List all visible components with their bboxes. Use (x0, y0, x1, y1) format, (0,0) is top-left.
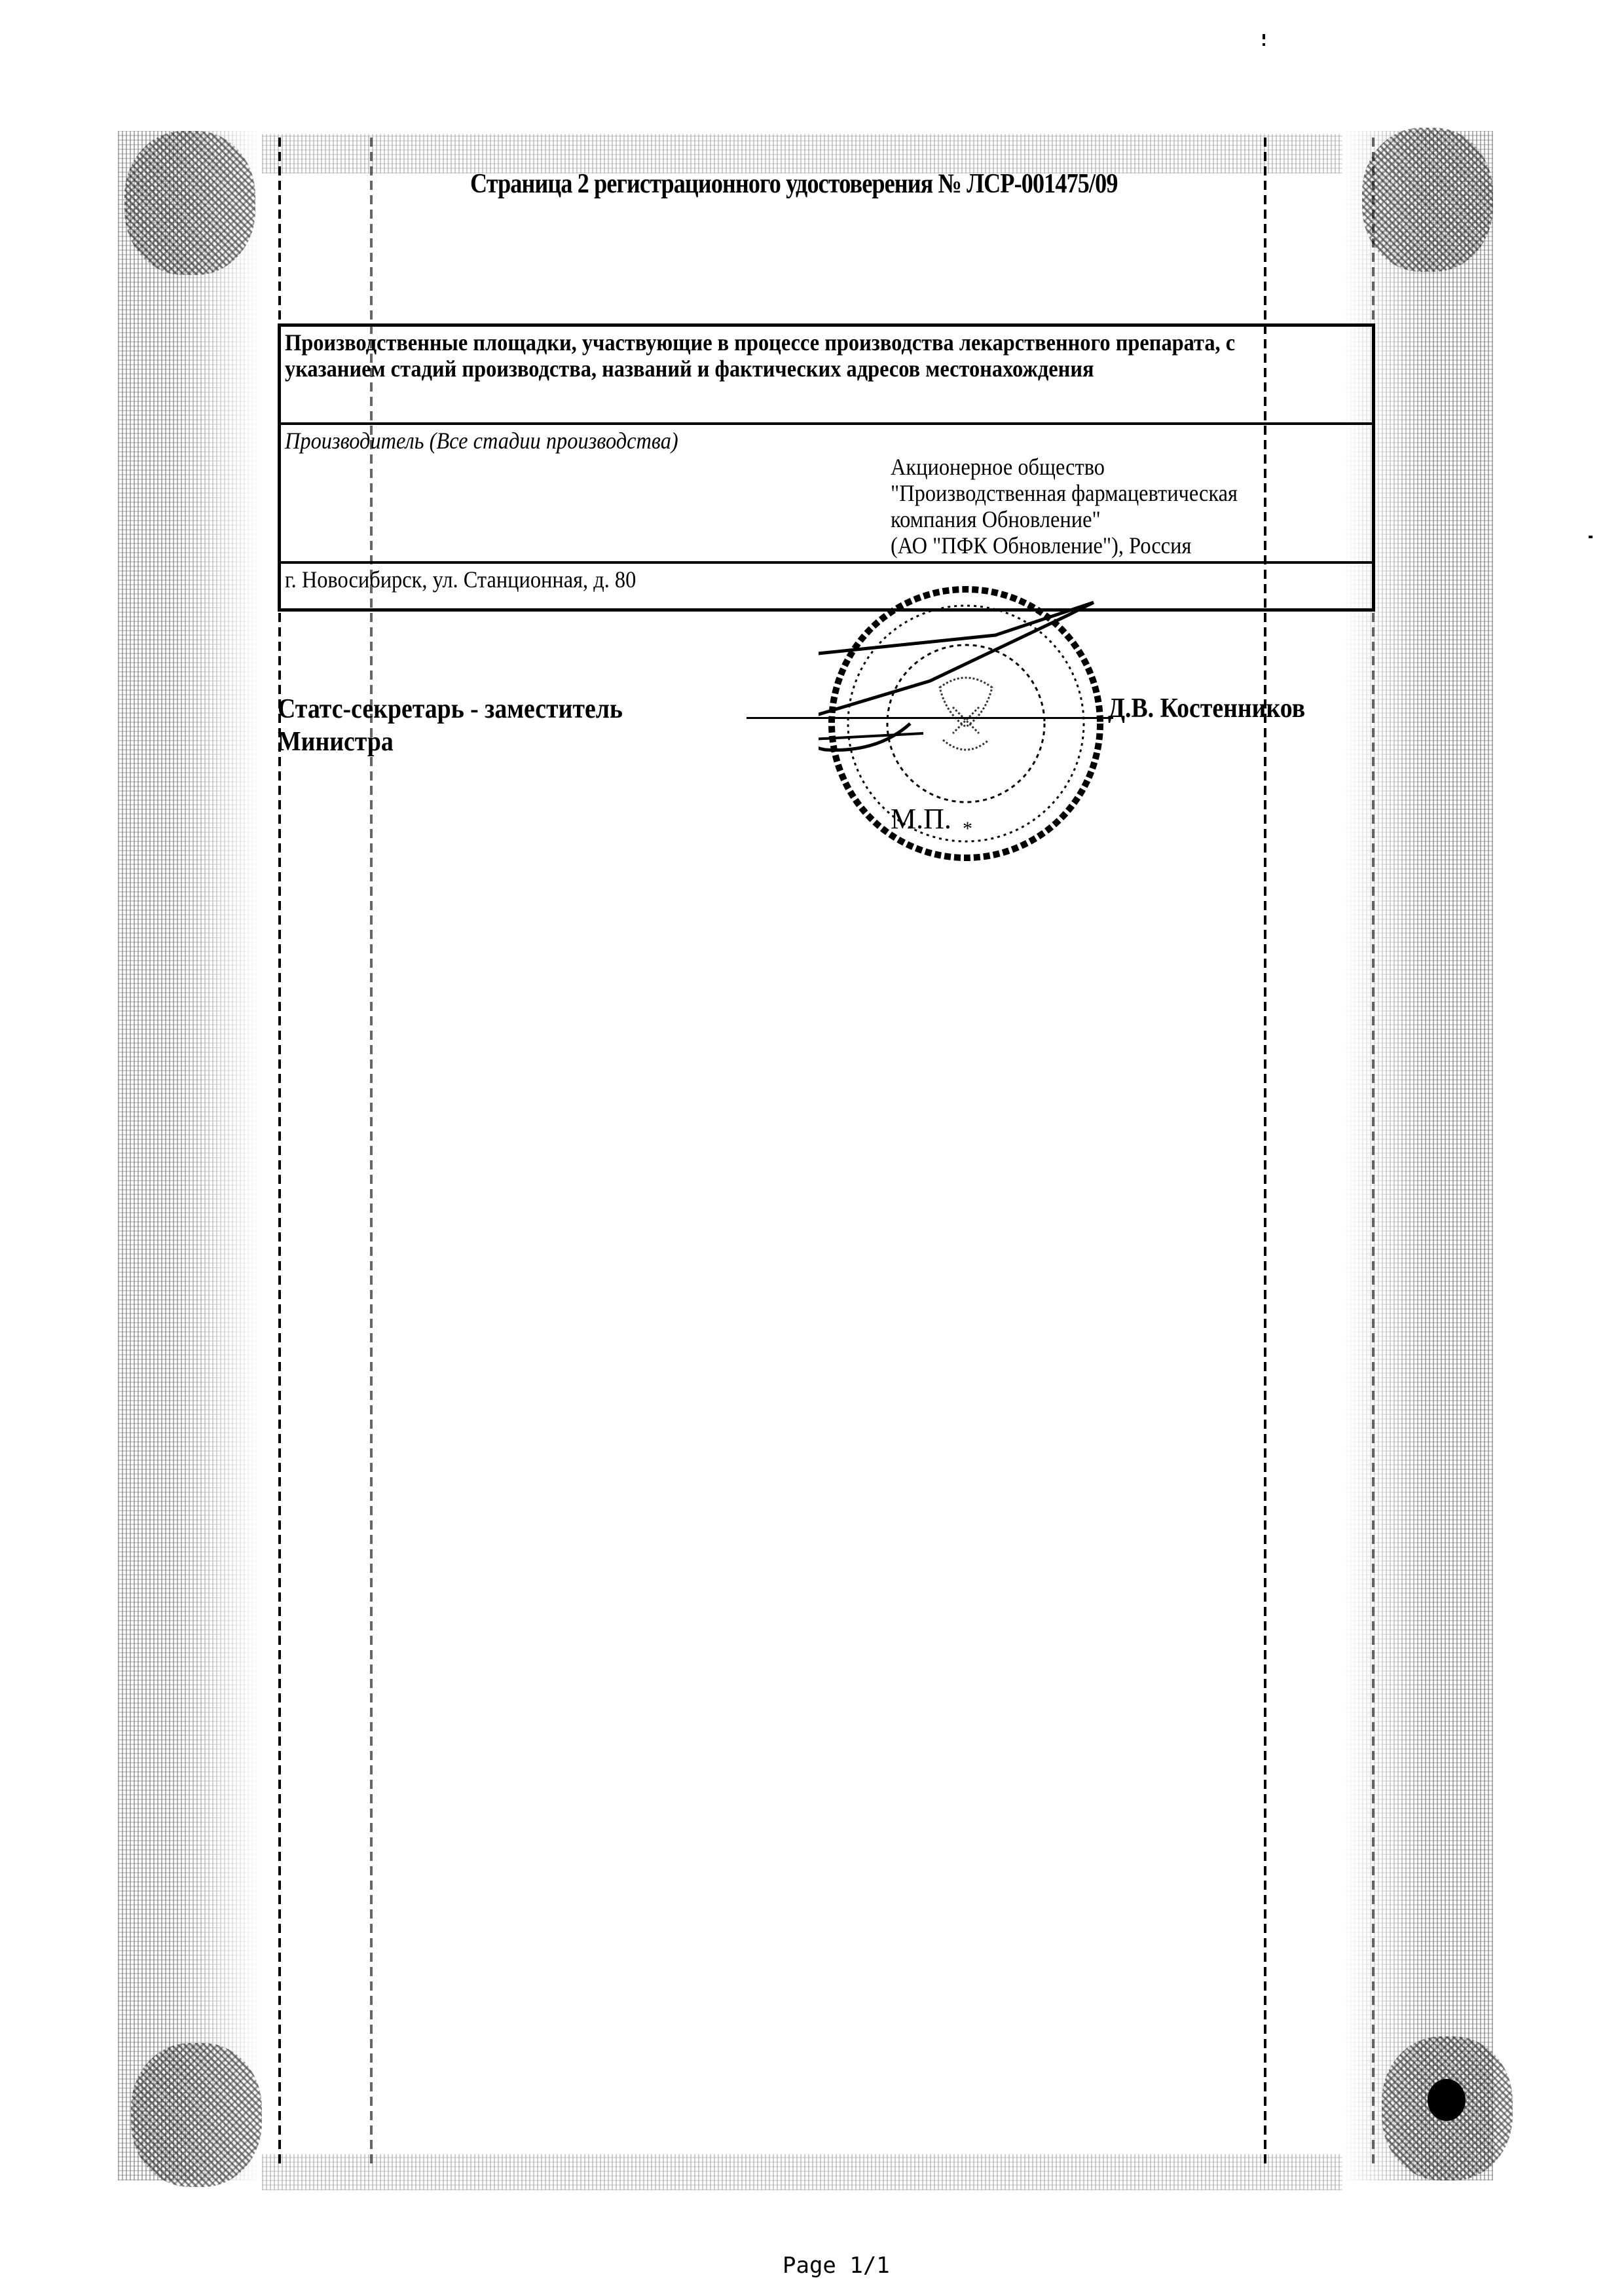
official-seal-icon: М.П. * (819, 576, 1113, 871)
manufacturer-name: Акционерное общество "Производственная ф… (891, 454, 1320, 559)
manufacturer-address: г. Новосибирск, ул. Станционная, д. 80 (285, 566, 636, 593)
scan-border-bottom (262, 2154, 1342, 2190)
svg-text:*: * (963, 818, 972, 839)
scan-corner-ornament (1362, 128, 1493, 272)
page-number: Page 1/1 (783, 2252, 890, 2279)
manufacturing-sites-table: Производственные площадки, участвующие в… (278, 323, 1375, 612)
scan-corner-ornament (131, 2043, 262, 2187)
page-title: Страница 2 регистрационного удостоверени… (470, 168, 1118, 200)
table-header-text: Производственные площадки, участвующие в… (285, 329, 1260, 382)
manufacturer-role-cell: Производитель (Все стадии производства) (280, 424, 889, 562)
signature-line (747, 717, 1113, 719)
table-header-row: Производственные площадки, участвующие в… (280, 325, 1374, 424)
signatory-name: Д.В. Костенников (1108, 693, 1305, 724)
scan-border-top (262, 134, 1342, 174)
manufacturer-name-cell: Акционерное общество "Производственная ф… (888, 424, 1374, 562)
scan-speck (1263, 34, 1265, 39)
scan-border-left (118, 131, 262, 2180)
table-header-cell: Производственные площадки, участвующие в… (280, 325, 1374, 424)
scan-speck (1589, 536, 1593, 538)
scan-corner-ornament (124, 131, 255, 275)
table-row: Производитель (Все стадии производства) … (280, 424, 1374, 562)
signatory-title: Статс-секретарь - заместитель Министра (278, 693, 623, 758)
stamp-label: М.П. (891, 803, 951, 835)
punch-hole-icon (1428, 2079, 1466, 2121)
manufacturer-role: Производитель (Все стадии производства) (285, 428, 678, 454)
scan-speck (1263, 43, 1265, 46)
